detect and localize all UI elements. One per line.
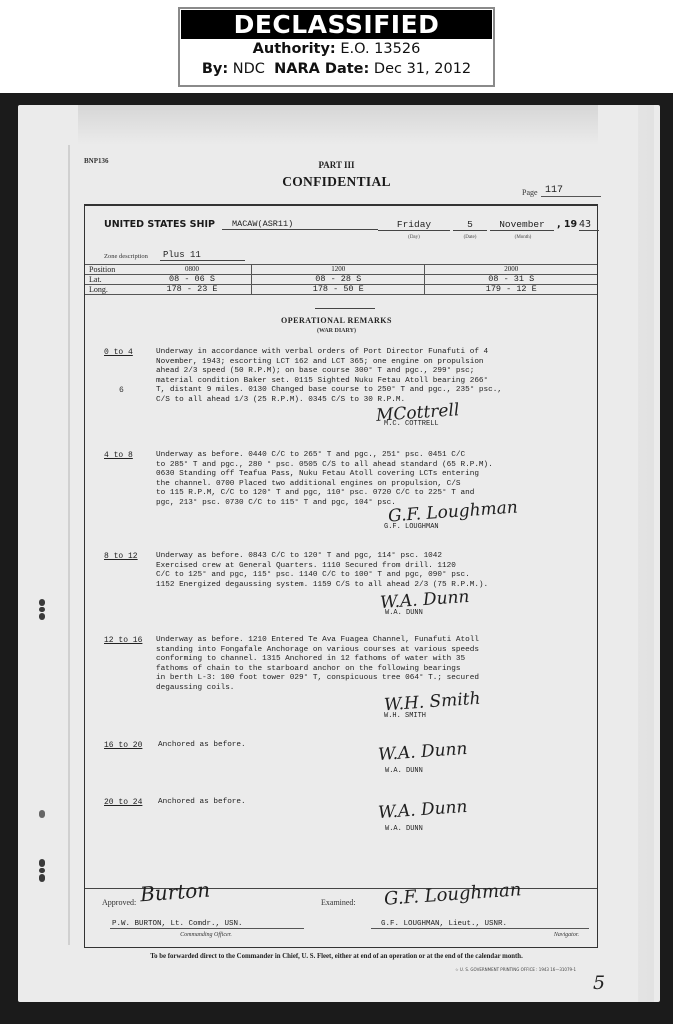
forwarding-instruction: To be forwarded direct to the Commander … xyxy=(0,953,673,960)
page-label: Page xyxy=(522,188,538,197)
day-field: Friday xyxy=(378,219,450,231)
date-field: 5 xyxy=(453,219,487,231)
navigator-name: G.F. LOUGHMAN, Lieut., USNR. xyxy=(371,920,589,929)
log-entry: Anchored as before. xyxy=(158,741,578,751)
commanding-officer-name: P.W. BURTON, Lt. Comdr., USN. xyxy=(110,920,304,929)
authority-value: E.O. 13526 xyxy=(340,41,420,57)
month-caption: (Month) xyxy=(505,235,541,240)
table-cell: 179 - 12 E xyxy=(425,285,597,295)
table-cell: 178 - 50 E xyxy=(252,285,425,295)
examined-label: Examined: xyxy=(321,898,356,907)
stamp-by: By: NDC NARA Date: Dec 31, 2012 xyxy=(180,59,493,79)
row-label: Position xyxy=(85,265,133,275)
watch-label: 4 to 8 xyxy=(104,451,133,460)
printer-imprint: ☆ U. S. GOVERNMENT PRINTING OFFICE : 194… xyxy=(455,967,576,972)
year-field: 43 xyxy=(579,219,599,231)
log-entry: Anchored as before. xyxy=(158,798,578,808)
column-header: 2000 xyxy=(425,265,597,275)
zone-label: Zone description xyxy=(104,253,148,260)
paper-edge xyxy=(638,105,654,1002)
punch-hole xyxy=(39,607,45,612)
column-header: 1200 xyxy=(252,265,425,275)
remarks-title: OPERATIONAL REMARKS xyxy=(0,316,673,325)
punch-hole xyxy=(39,599,45,606)
signatory-name: M.C. COTTRELL xyxy=(384,420,439,428)
paper-shadow xyxy=(78,105,598,145)
approved-label: Approved: xyxy=(102,898,136,907)
ship-label: UNITED STATES SHIP xyxy=(104,219,215,230)
table-cell: 178 - 23 E xyxy=(133,285,252,295)
punch-hole xyxy=(39,859,45,867)
punch-hole xyxy=(39,613,45,620)
remarks-subtitle: (WAR DIARY) xyxy=(0,328,673,334)
stamp-authority: Authority: E.O. 13526 xyxy=(180,39,493,59)
signatory-name: W.A. DUNN xyxy=(385,767,423,775)
date-caption: (Date) xyxy=(455,235,485,240)
page-number: 117 xyxy=(541,185,601,197)
margin-note: 6 xyxy=(119,386,124,395)
nara-date-value: Dec 31, 2012 xyxy=(374,61,471,77)
column-header: 0800 xyxy=(133,265,252,275)
punch-hole xyxy=(39,868,45,873)
watch-label: 0 to 4 xyxy=(104,348,133,357)
log-entry: Underway in accordance with verbal order… xyxy=(156,348,576,406)
nara-date-label: NARA Date: xyxy=(274,61,369,77)
commanding-officer-caption: Commanding Officer. xyxy=(110,932,302,938)
day-caption: (Day) xyxy=(400,235,428,240)
signatory-name: W.H. SMITH xyxy=(384,712,426,720)
year-prefix: , 19 xyxy=(557,219,577,230)
signatory-name: W.A. DUNN xyxy=(385,609,423,617)
divider xyxy=(315,308,375,309)
table-row: Long. 178 - 23 E 178 - 50 E 179 - 12 E xyxy=(85,285,597,295)
ship-name: MACAW(ASR11) xyxy=(222,219,378,230)
approved-signature: Burton xyxy=(139,878,211,907)
row-label: Long. xyxy=(85,285,133,295)
authority-label: Authority: xyxy=(253,41,336,57)
watch-label: 20 to 24 xyxy=(104,798,142,807)
position-table: Position 0800 1200 2000 Lat. 08 - 06 S 0… xyxy=(85,264,597,295)
log-entry: Underway as before. 0843 C/C to 120° T a… xyxy=(156,552,576,590)
by-value: NDC xyxy=(233,61,265,77)
table-row: Lat. 08 - 06 S 08 - 28 S 08 - 31 S xyxy=(85,275,597,285)
table-cell: 08 - 06 S xyxy=(133,275,252,285)
part-heading: PART III xyxy=(0,160,673,170)
declassified-stamp: DECLASSIFIED Authority: E.O. 13526 By: N… xyxy=(178,7,495,87)
row-label: Lat. xyxy=(85,275,133,285)
zone-value: Plus 11 xyxy=(160,250,245,261)
fold-line xyxy=(68,145,70,945)
signatory-name: G.F. LOUGHMAN xyxy=(384,523,439,531)
by-label: By: xyxy=(202,61,228,77)
punch-hole xyxy=(39,810,45,818)
month-field: November xyxy=(490,219,554,231)
watch-label: 12 to 16 xyxy=(104,636,142,645)
handwritten-page-number: 5 xyxy=(593,972,605,994)
table-cell: 08 - 31 S xyxy=(425,275,597,285)
punch-hole xyxy=(39,874,45,882)
signatory-name: W.A. DUNN xyxy=(385,825,423,833)
watch-label: 16 to 20 xyxy=(104,741,142,750)
watch-label: 8 to 12 xyxy=(104,552,138,561)
table-cell: 08 - 28 S xyxy=(252,275,425,285)
log-entry: Underway as before. 1210 Entered Te Ava … xyxy=(156,636,576,694)
table-row: Position 0800 1200 2000 xyxy=(85,265,597,275)
navigator-caption: Navigator. xyxy=(371,932,579,938)
stamp-title: DECLASSIFIED xyxy=(181,10,492,39)
